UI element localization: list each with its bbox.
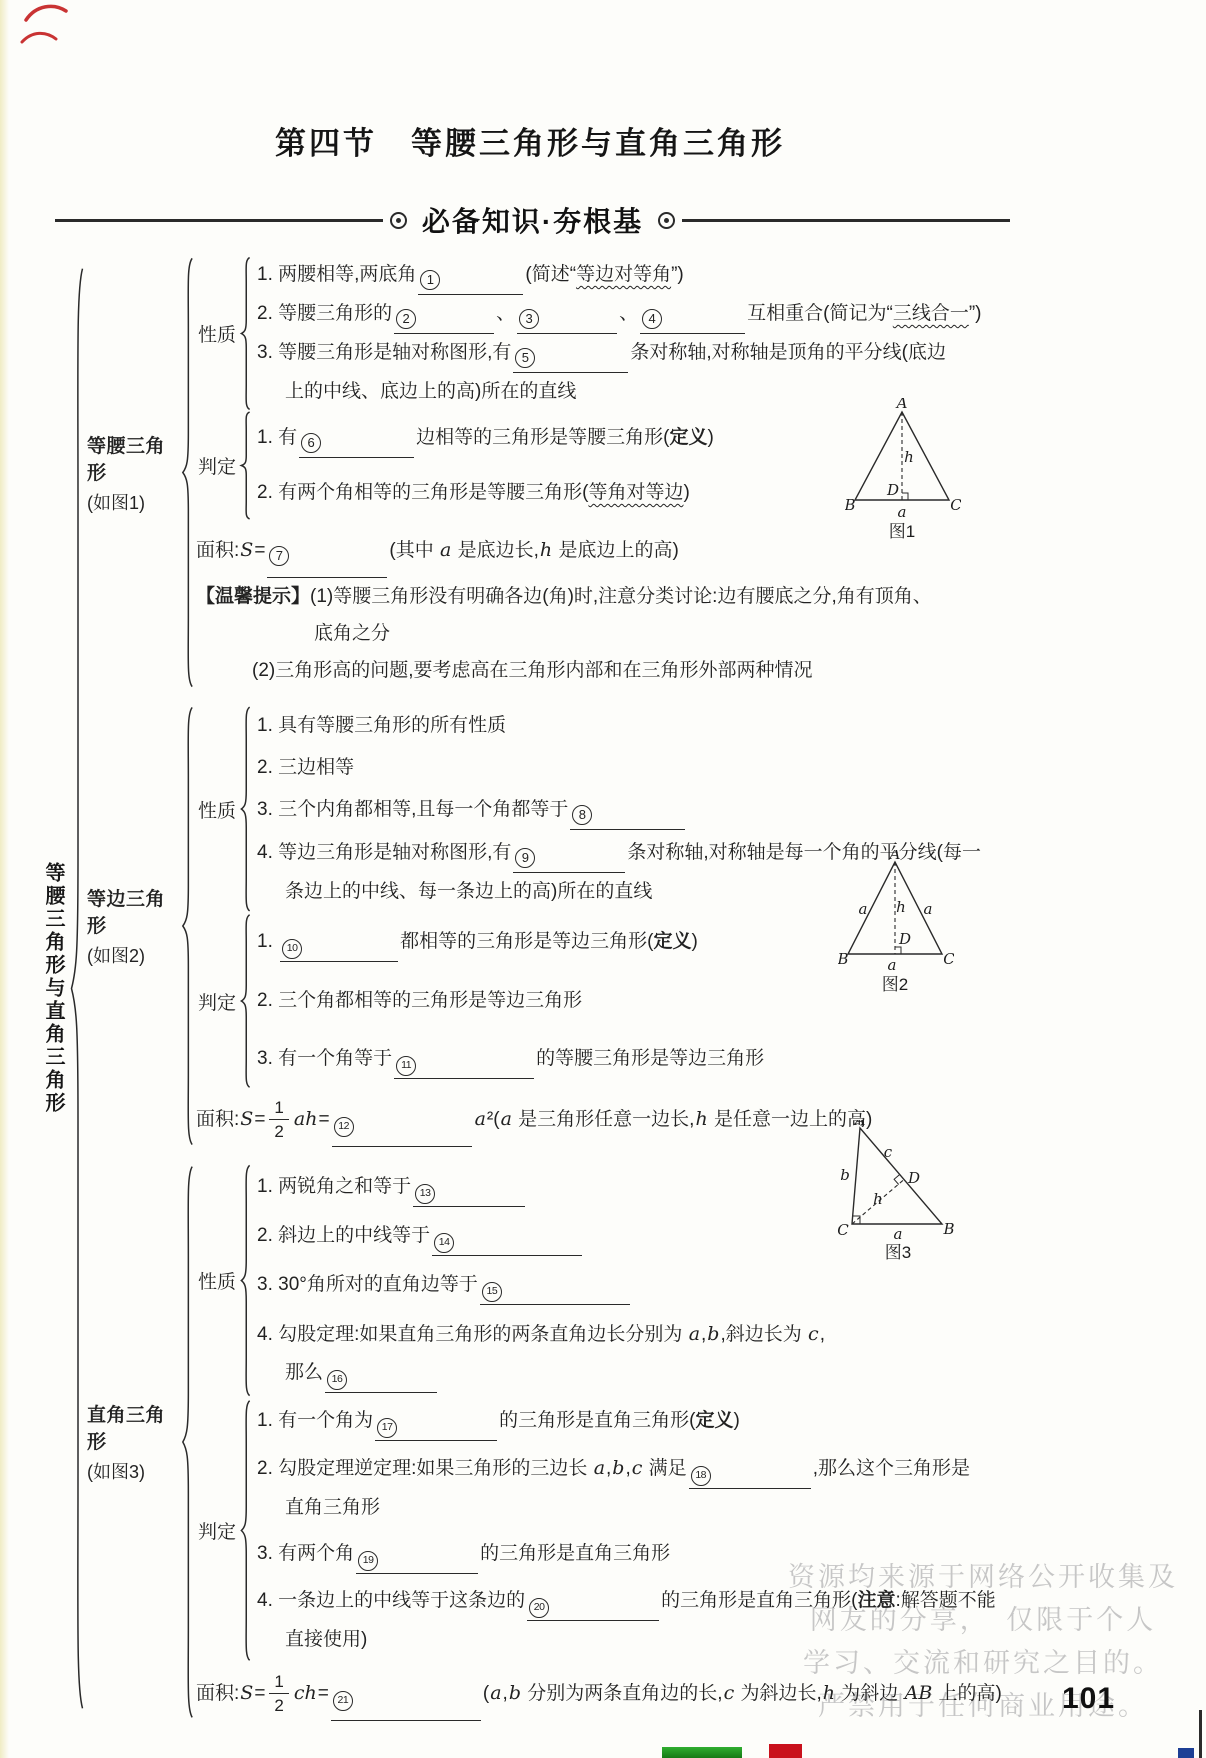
math-variable: a xyxy=(489,1682,502,1704)
vertex-label-a: A xyxy=(888,850,901,863)
bullseye-icon xyxy=(658,212,675,229)
section-header-title: 必备知识·夯根基 xyxy=(422,200,643,240)
bold-text: 定义 xyxy=(653,931,691,952)
bullseye-icon xyxy=(390,212,407,229)
figure-1-isosceles-triangle: A B C D h a 图1 xyxy=(845,398,961,542)
figure-caption: 图3 xyxy=(885,1243,911,1262)
group-figure-ref: (如图2) xyxy=(87,942,179,968)
text-line: 底角之分 xyxy=(196,615,1030,652)
side-label-a-left: a xyxy=(859,900,868,918)
curly-brace xyxy=(179,254,196,691)
group-figure-ref: (如图3) xyxy=(87,1458,179,1484)
curly-brace xyxy=(238,1398,253,1663)
fill-in-blank: 13 xyxy=(413,1168,525,1207)
math-variable: h xyxy=(822,1682,836,1704)
chapter-side-label: 等腰三角形与直角三角形 xyxy=(40,254,67,1723)
foot-label-d: D xyxy=(886,481,899,499)
figure-caption: 图1 xyxy=(889,522,915,541)
math-variable: S xyxy=(239,1682,254,1704)
fill-in-blank: 14 xyxy=(432,1217,582,1256)
text-line: 4. 勾股定理:如果直角三角形的两条直角边长分别为 a,b,斜边长为 c,那么1… xyxy=(257,1310,1030,1398)
determination-label: 判定 xyxy=(196,913,238,1089)
math-variable: b xyxy=(508,1682,522,1704)
page-number: 101 xyxy=(1062,1682,1115,1716)
fill-in-blank: 1 xyxy=(418,256,523,295)
fill-in-blank: 7 xyxy=(267,525,387,578)
curly-brace xyxy=(179,703,196,1149)
curly-brace xyxy=(179,1161,196,1723)
wavy-underlined-term: 等边对等角 xyxy=(576,264,671,285)
math-variable: ch xyxy=(293,1682,318,1704)
decorative-rule xyxy=(682,219,1010,222)
text-line: 3. 三个内角都相等,且每一个角都等于8 xyxy=(257,789,1030,832)
group-title: 等边三角形 xyxy=(87,884,179,938)
vertex-label-c: C xyxy=(838,1221,849,1239)
tips-note: 【温馨提示】(1)等腰三角形没有明确各边(角)时,注意分类讨论:边有腰底之分,角… xyxy=(196,578,1030,689)
fill-in-blank: 8 xyxy=(570,791,685,830)
properties-label: 性质 xyxy=(196,1163,238,1398)
circled-number: 4 xyxy=(642,309,662,329)
circled-number: 18 xyxy=(691,1466,711,1486)
fill-in-blank: 2 xyxy=(394,295,494,334)
math-variable: a xyxy=(474,1108,487,1130)
circled-number: 14 xyxy=(434,1233,454,1253)
bullseye-dot xyxy=(664,218,669,223)
circled-number: 12 xyxy=(334,1117,354,1137)
text-line: 1. 具有等腰三角形的所有性质 xyxy=(257,705,1030,747)
math-variable: h xyxy=(539,539,553,561)
vertex-label-b: B xyxy=(942,1220,954,1238)
fill-in-blank: 17 xyxy=(375,1402,497,1441)
foot-label-d: D xyxy=(898,930,911,948)
circled-number: 3 xyxy=(519,309,539,329)
vertex-label-a: A xyxy=(853,1120,866,1129)
determination-items: 1. 有一个角为17的三角形是直角三角形(定义)2. 勾股定理逆定理:如果三角形… xyxy=(253,1398,1030,1663)
vertex-label-c: C xyxy=(950,496,961,514)
bottom-blue-mark xyxy=(1178,1748,1194,1758)
group-label: 等腰三角形 (如图1) xyxy=(87,254,179,691)
circled-number: 19 xyxy=(358,1551,378,1571)
page-left-edge xyxy=(0,0,9,1758)
fill-in-blank: 10 xyxy=(280,923,398,962)
bold-text: 定义 xyxy=(695,1410,733,1431)
fill-in-blank: 21 xyxy=(331,1668,481,1721)
text-line: 2. 勾股定理逆定理:如果三角形的三边长 a,b,c 满足18,那么这个三角形是… xyxy=(257,1445,1030,1531)
bottom-green-mark xyxy=(662,1747,742,1758)
circled-number: 1 xyxy=(420,270,440,290)
circled-number: 13 xyxy=(415,1184,435,1204)
fill-in-blank: 15 xyxy=(480,1266,630,1305)
fill-in-blank: 16 xyxy=(325,1354,437,1393)
determination-label: 判定 xyxy=(196,411,238,520)
math-variable: S xyxy=(239,1108,254,1130)
vertex-label-b: B xyxy=(845,496,856,514)
circled-number: 17 xyxy=(377,1418,397,1438)
fill-in-blank: 19 xyxy=(356,1535,478,1574)
text-line: 4. 一条边上的中线等于这条边的20的三角形是直角三角形(注意:解答题不能直接使… xyxy=(257,1578,1030,1663)
figure-3-right-triangle: A b c D h C B a 图3 xyxy=(838,1120,956,1262)
circled-number: 15 xyxy=(482,1282,502,1302)
height-label-h: h xyxy=(896,898,906,916)
text-line: (2)三角形高的问题,要考虑高在三角形内部和在三角形外部两种情况 xyxy=(196,652,1030,689)
vertex-label-b: B xyxy=(838,950,849,968)
fraction: 12 xyxy=(269,1098,288,1141)
properties-label: 性质 xyxy=(196,256,238,411)
properties-label: 性质 xyxy=(196,705,238,913)
bold-text: 定义 xyxy=(669,427,707,448)
circled-number: 20 xyxy=(529,1598,549,1618)
group-title: 等腰三角形 xyxy=(87,431,179,485)
bottom-red-mark xyxy=(769,1744,802,1758)
fraction: 12 xyxy=(269,1672,288,1715)
circled-number: 11 xyxy=(396,1056,416,1076)
curly-brace xyxy=(238,411,253,520)
determination-label: 判定 xyxy=(196,1398,238,1663)
text-line: 3. 有两个角19的三角形是直角三角形 xyxy=(257,1531,1030,1578)
figure-caption: 图2 xyxy=(882,975,908,994)
group-figure-ref: (如图1) xyxy=(87,489,179,515)
decorative-rule xyxy=(55,219,383,222)
math-variable: a xyxy=(688,1323,701,1345)
text-line: 1. 两腰相等,两底角1(简述“等边对等角”) xyxy=(257,256,1030,295)
fill-in-blank: 18 xyxy=(689,1450,811,1489)
bold-text: 【温馨提示】 xyxy=(196,586,310,607)
base-label-a: a xyxy=(898,503,907,521)
curly-brace xyxy=(67,254,87,1723)
vertex-label-a: A xyxy=(895,398,908,412)
text-line: 【温馨提示】(1)等腰三角形没有明确各边(角)时,注意分类讨论:边有腰底之分,角… xyxy=(196,578,1030,615)
figure-2-equilateral-triangle: A a h a D B C a 图2 xyxy=(838,850,954,994)
circled-number: 21 xyxy=(333,1691,353,1711)
fill-in-blank: 6 xyxy=(299,419,414,458)
vertex-label-c: C xyxy=(943,950,954,968)
determination-section: 判定 1. 有一个角为17的三角形是直角三角形(定义)2. 勾股定理逆定理:如果… xyxy=(196,1398,1030,1663)
math-variable: AB xyxy=(904,1682,934,1704)
side-label-a-right: a xyxy=(924,900,933,918)
curly-brace xyxy=(238,256,253,411)
side-label-b: b xyxy=(840,1166,850,1184)
circled-number: 7 xyxy=(269,546,289,566)
height-label-h: h xyxy=(873,1190,883,1208)
bullseye-dot xyxy=(396,218,401,223)
math-variable: b xyxy=(611,1457,625,1479)
circled-number: 2 xyxy=(396,309,416,329)
circled-number: 6 xyxy=(301,433,321,453)
red-pen-marks-icon xyxy=(14,0,84,55)
height-label-h: h xyxy=(904,448,914,466)
text-line: 2. 等腰三角形的2、3、4互相重合(简记为“三线合一”) xyxy=(257,295,1030,334)
fill-in-blank: 4 xyxy=(640,295,745,334)
properties-section: 性质 1. 两腰相等,两底角1(简述“等边对等角”)2. 等腰三角形的2、3、4… xyxy=(196,256,1030,411)
foot-label-d: D xyxy=(907,1169,920,1187)
circled-number: 16 xyxy=(327,1370,347,1390)
text-line: 2. 三边相等 xyxy=(257,747,1030,789)
fill-in-blank: 5 xyxy=(513,334,628,373)
fill-in-blank: 3 xyxy=(517,295,617,334)
math-variable: ah xyxy=(293,1108,319,1130)
group-title: 直角三角形 xyxy=(87,1400,179,1454)
wavy-underlined-term: 三线合一 xyxy=(893,303,969,324)
math-variable: b xyxy=(706,1323,720,1345)
group-label: 等边三角形 (如图2) xyxy=(87,703,179,1149)
text-line: 3. 30°角所对的直角边等于15 xyxy=(257,1261,1030,1310)
fill-in-blank: 20 xyxy=(527,1582,659,1621)
fill-in-blank: 11 xyxy=(394,1040,534,1079)
circled-number: 9 xyxy=(515,848,535,868)
math-variable: S xyxy=(239,539,254,561)
math-variable: c xyxy=(631,1457,644,1479)
group-label: 直角三角形 (如图3) xyxy=(87,1161,179,1723)
properties-items: 1. 两腰相等,两底角1(简述“等边对等角”)2. 等腰三角形的2、3、4互相重… xyxy=(253,256,1030,411)
page-right-edge-line xyxy=(1199,1710,1202,1758)
text-line: 1. 有一个角为17的三角形是直角三角形(定义) xyxy=(257,1398,1030,1445)
text-line: 3. 有一个角等于11的等腰三角形是等边三角形 xyxy=(257,1030,1030,1089)
math-variable: c xyxy=(807,1323,820,1345)
circled-number: 8 xyxy=(572,805,592,825)
curly-brace xyxy=(238,913,253,1089)
circled-number: 5 xyxy=(515,348,535,368)
area-formula: 面积:S=12ch=21(a,b 分别为两条直角边的长,c 为斜边长,h 为斜边… xyxy=(196,1667,1030,1721)
math-variable: a xyxy=(593,1457,606,1479)
math-variable: a xyxy=(500,1108,513,1130)
base-label-a: a xyxy=(894,1225,903,1243)
math-variable: c xyxy=(723,1682,736,1704)
circled-number: 10 xyxy=(282,939,302,959)
curly-brace xyxy=(238,705,253,913)
wavy-underlined-term: 等角对等边 xyxy=(588,482,683,503)
math-variable: h xyxy=(694,1108,708,1130)
math-variable: a xyxy=(439,539,452,561)
hypotenuse-label-c: c xyxy=(884,1143,893,1161)
bold-text: 注意 xyxy=(857,1590,895,1611)
page-title: 第四节 等腰三角形与直角三角形 xyxy=(0,118,1060,163)
section-header: 必备知识·夯根基 xyxy=(55,200,1010,240)
fill-in-blank: 9 xyxy=(513,834,625,873)
base-label-a: a xyxy=(888,956,897,974)
fill-in-blank: 12 xyxy=(332,1094,472,1147)
curly-brace xyxy=(238,1163,253,1398)
textbook-page: 第四节 等腰三角形与直角三角形 必备知识·夯根基 等腰三角形与直角三角形 等腰三… xyxy=(0,0,1206,1758)
